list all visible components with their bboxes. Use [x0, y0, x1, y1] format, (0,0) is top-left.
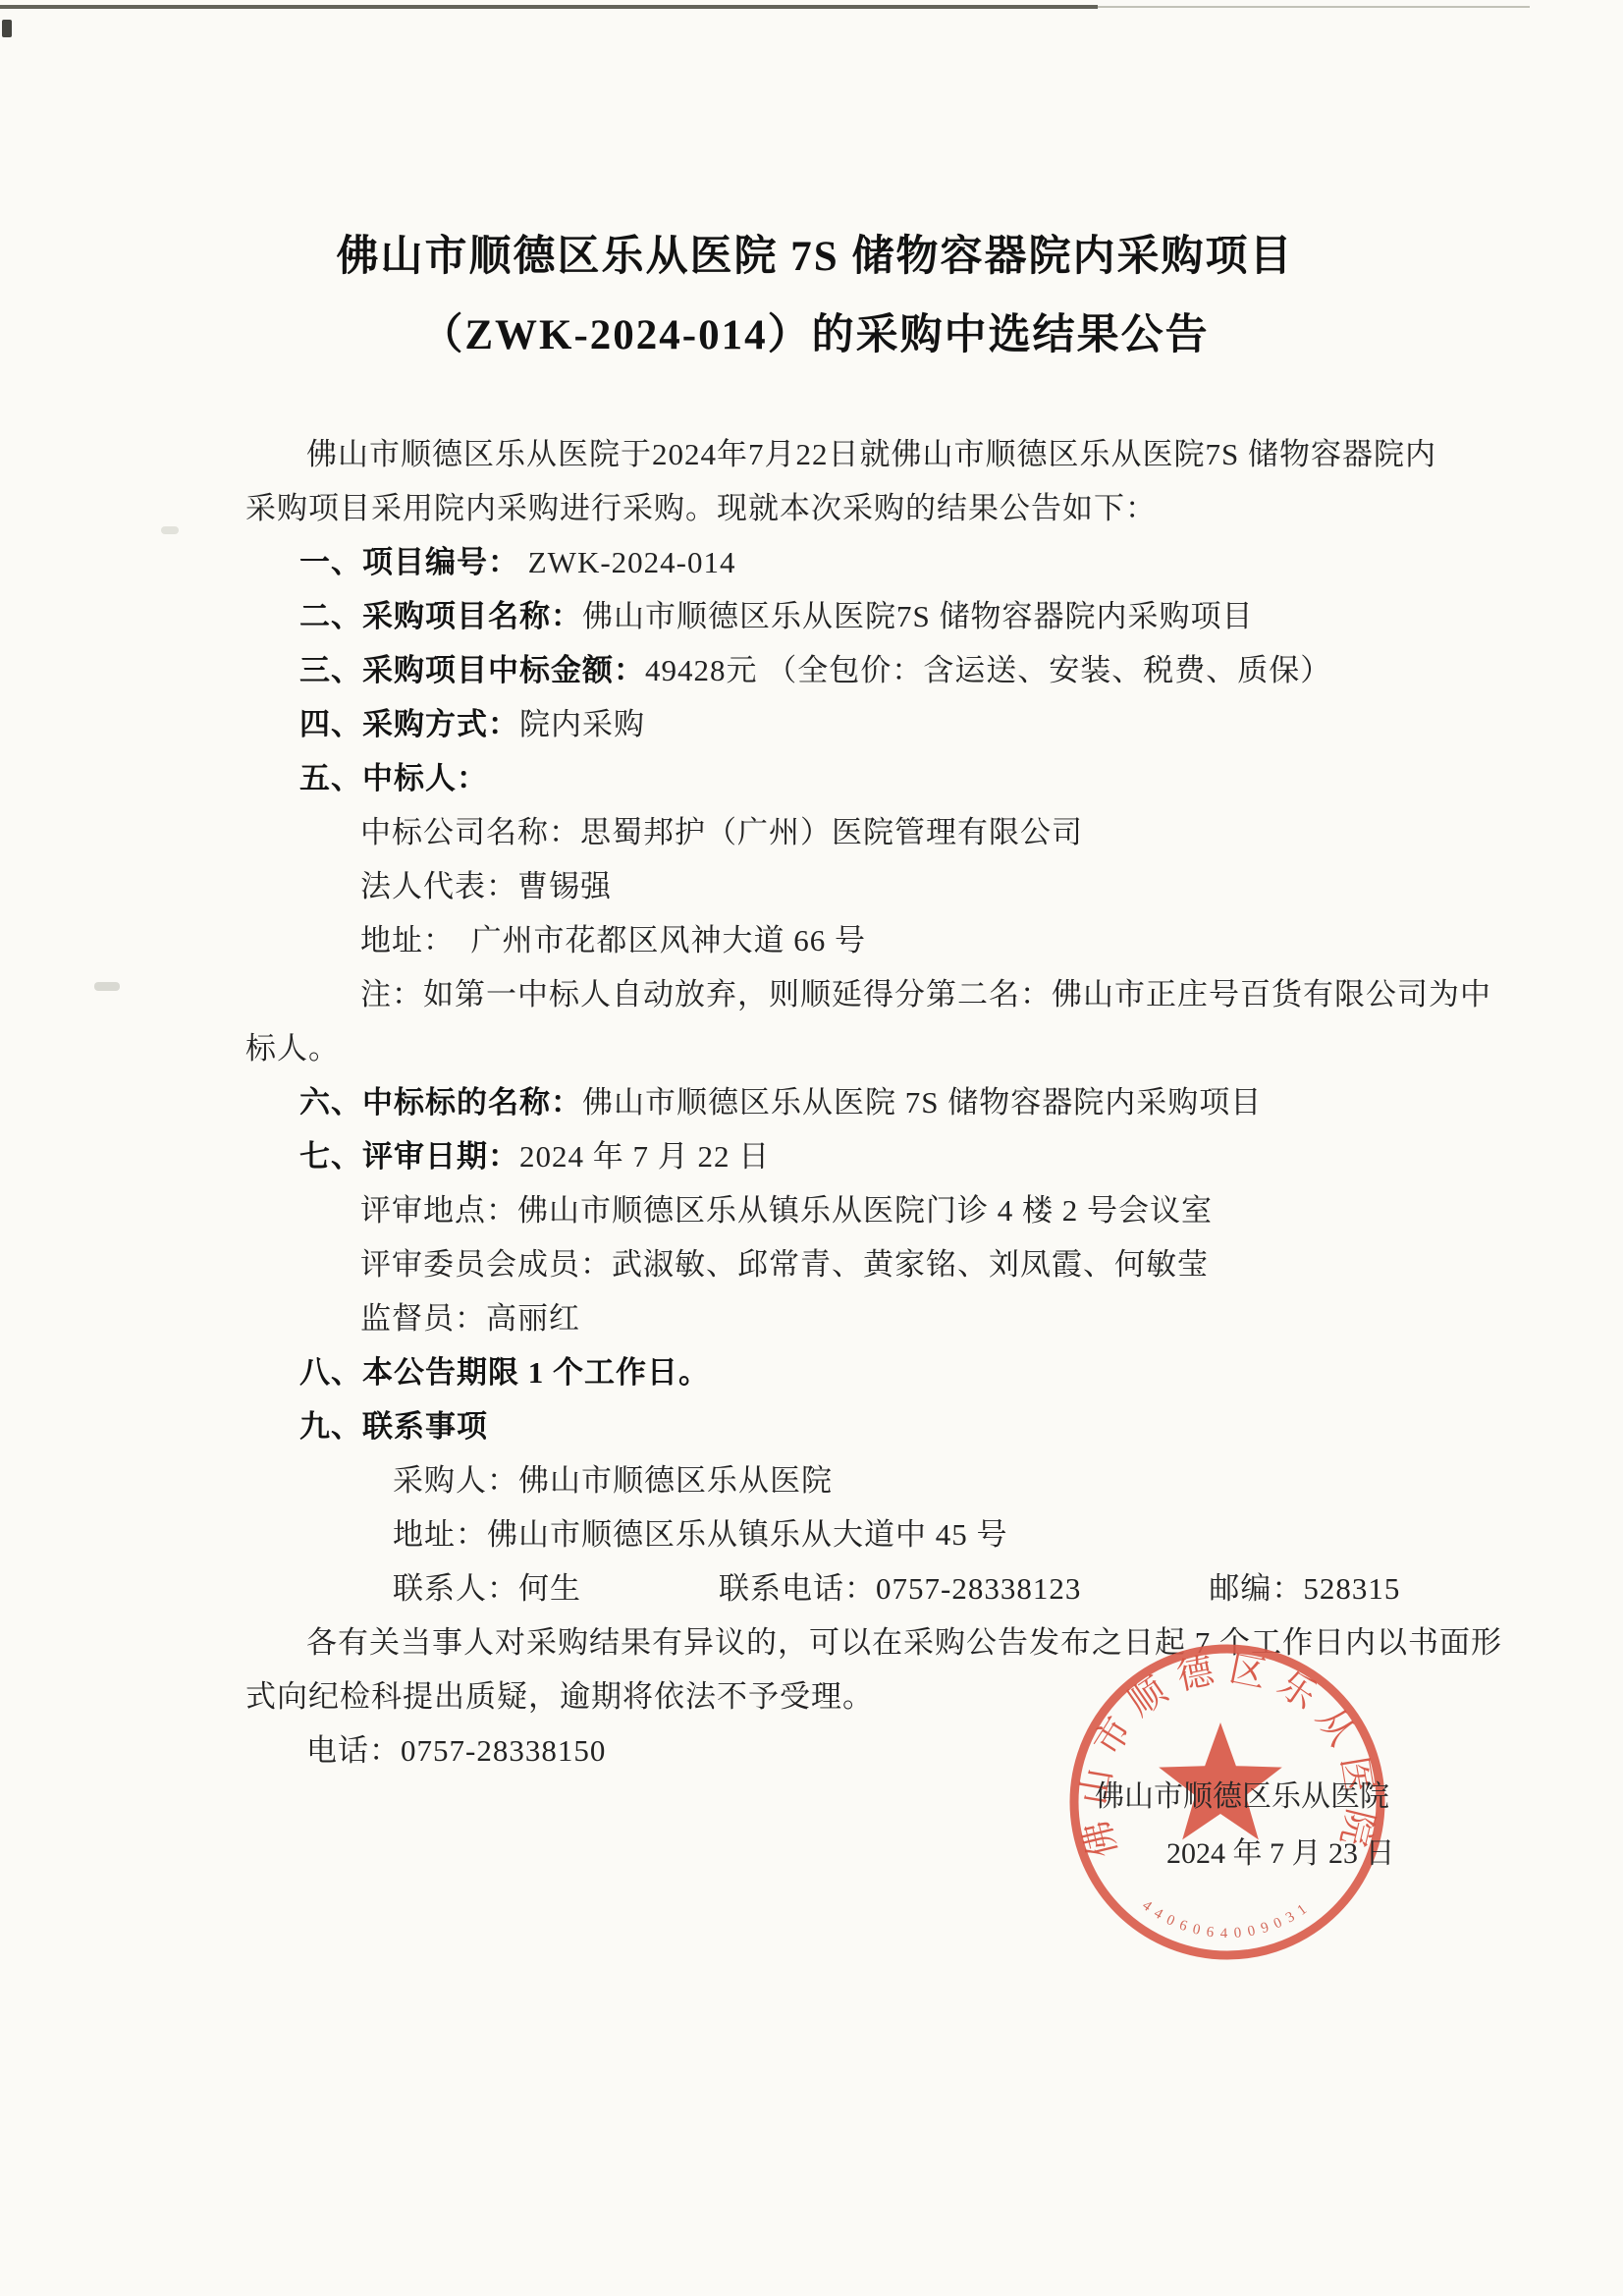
line-text: 监督员：高丽红: [360, 1301, 580, 1336]
document-line: 联系人：何生联系电话：0757-28338123邮编：528315: [245, 1561, 1414, 1615]
title-line-2: （ZWK-2024-014）的采购中选结果公告: [137, 297, 1492, 375]
line-text: 地址：佛山市顺德区乐从镇乐从大道中 45 号: [393, 1517, 1008, 1552]
line-text: 电话：0757-28338150: [306, 1733, 606, 1768]
line-label: 二、采购项目名称：: [299, 599, 582, 633]
document-line: 佛山市顺德区乐从医院于2024年7月22日就佛山市顺德区乐从医院7S 储物容器院…: [245, 427, 1414, 481]
line-text: 联系人：何生: [393, 1571, 581, 1606]
document-line: 法人代表：曹锡强: [245, 859, 1414, 913]
line-text: 采购人：佛山市顺德区乐从医院: [393, 1463, 833, 1498]
document-line: 地址： 广州市花都区风神大道 66 号: [245, 913, 1414, 967]
line-text: 2024 年 7 月 22 日: [519, 1139, 770, 1174]
line-text: 邮编：528315: [1209, 1571, 1400, 1606]
seal-overlay-date: 2024 年 7 月 23 日: [1166, 1829, 1395, 1872]
line-text: 式向纪检科提出质疑，逾期将依法不予受理。: [245, 1679, 874, 1714]
scan-edge-artifact: [0, 5, 1098, 9]
seal-serial-text: 4406064009031: [1139, 1897, 1315, 1941]
document-line: 评审地点：佛山市顺德区乐从镇乐从医院门诊 4 楼 2 号会议室: [245, 1183, 1414, 1237]
scan-speck: [94, 982, 120, 991]
line-text: 法人代表：曹锡强: [360, 869, 612, 903]
document-body: 佛山市顺德区乐从医院于2024年7月22日就佛山市顺德区乐从医院7S 储物容器院…: [245, 427, 1414, 1777]
seal-overlay-hospital-name: 佛山市顺德区乐从医院: [1095, 1772, 1389, 1815]
line-text: 院内采购: [519, 707, 645, 741]
scanned-document-page: 佛山市顺德区乐从医院 7S 储物容器院内采购项目 （ZWK-2024-014）的…: [0, 0, 1623, 2296]
document-line: 采购人：佛山市顺德区乐从医院: [245, 1453, 1414, 1507]
title-line-1: 佛山市顺德区乐从医院 7S 储物容器院内采购项目: [137, 218, 1492, 297]
document-line: 注：如第一中标人自动放弃，则顺延得分第二名：佛山市正庄号百货有限公司为中: [245, 967, 1414, 1021]
line-label: 八、本公告期限 1 个工作日。: [299, 1355, 710, 1390]
line-label: 四、采购方式：: [299, 707, 519, 741]
document-line: 九、联系事项: [245, 1399, 1414, 1453]
document-line: 四、采购方式：院内采购: [245, 697, 1414, 751]
document-line: 六、中标标的名称：佛山市顺德区乐从医院 7S 储物容器院内采购项目: [245, 1075, 1414, 1129]
scan-speck: [161, 526, 179, 534]
line-text: 注：如第一中标人自动放弃，则顺延得分第二名：佛山市正庄号百货有限公司为中: [360, 977, 1491, 1011]
line-label: 五、中标人：: [299, 761, 488, 795]
line-text: ZWK-2024-014: [519, 545, 735, 579]
line-text: 中标公司名称：思蜀邦护（广州）医院管理有限公司: [360, 815, 1083, 849]
line-label: 一、项目编号：: [299, 545, 519, 579]
line-text: 标人。: [245, 1031, 340, 1066]
document-line: 评审委员会成员：武淑敏、邱常青、黄家铭、刘凤霞、何敏莹: [245, 1237, 1414, 1291]
document-line: 标人。: [245, 1021, 1414, 1075]
document-line: 监督员：高丽红: [245, 1291, 1414, 1345]
line-text: 联系电话：0757-28338123: [719, 1571, 1081, 1606]
seal-serial-holder: 4406064009031: [1139, 1897, 1315, 1941]
line-label: 六、中标标的名称：: [299, 1085, 582, 1120]
line-text: 佛山市顺德区乐从医院7S 储物容器院内采购项目: [582, 599, 1254, 633]
line-text: 评审地点：佛山市顺德区乐从镇乐从医院门诊 4 楼 2 号会议室: [360, 1193, 1213, 1228]
document-line: 五、中标人：: [245, 751, 1414, 805]
line-text: 佛山市顺德区乐从医院 7S 储物容器院内采购项目: [582, 1085, 1262, 1120]
scan-edge-artifact-light: [1098, 6, 1530, 8]
document-line: 二、采购项目名称：佛山市顺德区乐从医院7S 储物容器院内采购项目: [245, 589, 1414, 643]
document-line: 一、项目编号： ZWK-2024-014: [245, 535, 1414, 589]
document-line: 三、采购项目中标金额：49428元 （全包价：含运送、安装、税费、质保）: [245, 643, 1414, 697]
document-line: 七、评审日期：2024 年 7 月 22 日: [245, 1129, 1414, 1183]
line-text: 地址： 广州市花都区风神大道 66 号: [360, 923, 866, 957]
line-label: 七、评审日期：: [299, 1139, 519, 1174]
document-line: 八、本公告期限 1 个工作日。: [245, 1345, 1414, 1399]
line-label: 三、采购项目中标金额：: [299, 653, 645, 687]
line-text: 采购项目采用院内采购进行采购。现就本次采购的结果公告如下：: [245, 491, 1157, 525]
document-line: 地址：佛山市顺德区乐从镇乐从大道中 45 号: [245, 1507, 1414, 1561]
line-text: 佛山市顺德区乐从医院于2024年7月22日就佛山市顺德区乐从医院7S 储物容器院…: [306, 437, 1436, 471]
document-line: 采购项目采用院内采购进行采购。现就本次采购的结果公告如下：: [245, 481, 1414, 535]
line-label: 九、联系事项: [299, 1409, 488, 1444]
line-text: 49428元 （全包价：含运送、安装、税费、质保）: [645, 653, 1331, 687]
scan-speck: [2, 20, 12, 37]
document-title: 佛山市顺德区乐从医院 7S 储物容器院内采购项目 （ZWK-2024-014）的…: [137, 218, 1492, 375]
line-text: 评审委员会成员：武淑敏、邱常青、黄家铭、刘凤霞、何敏莹: [360, 1247, 1209, 1282]
document-line: 中标公司名称：思蜀邦护（广州）医院管理有限公司: [245, 805, 1414, 859]
